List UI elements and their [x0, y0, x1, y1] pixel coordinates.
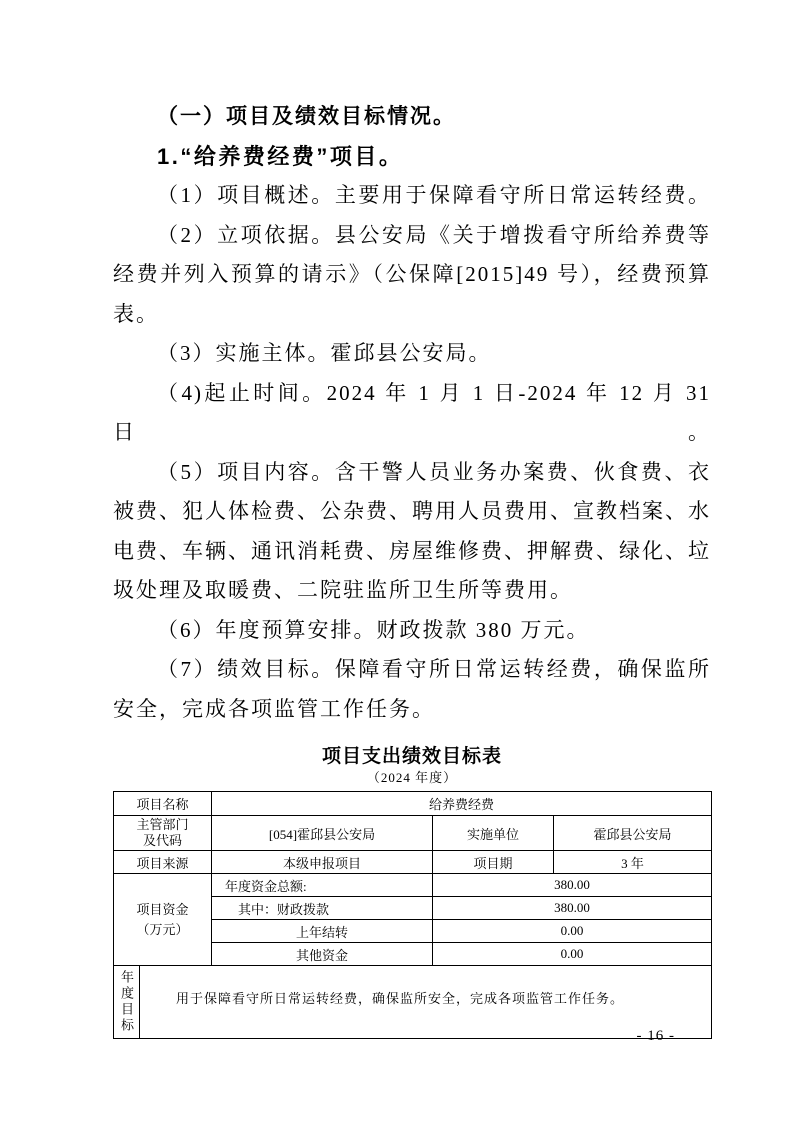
table-row: 项目资金 （万元） 年度资金总额: 380.00	[114, 874, 712, 897]
paragraph-implementing-body: （3）实施主体。霍邱县公安局。	[113, 334, 711, 374]
annual-goal-table: 年度目标 用于保障看守所日常运转经费，确保监所安全，完成各项监管工作任务。	[113, 965, 712, 1039]
document-content: （一）项目及绩效目标情况。 1.“给养费经费”项目。 （1）项目概述。主要用于保…	[113, 97, 711, 1039]
paragraph-time-range: （4)起止时间。2024 年 1 月 1 日-2024 年 12 月 31 日。	[113, 374, 711, 453]
cell-fund-fiscal-value: 380.00	[433, 897, 712, 920]
cell-dept-value: [054]霍邱县公安局	[212, 816, 433, 851]
paragraph-project-overview: （1）项目概述。主要用于保障看守所日常运转经费。	[113, 176, 711, 216]
table-row: 项目来源 本级申报项目 项目期 3 年	[114, 851, 712, 874]
cell-project-name-value: 给养费经费	[212, 792, 712, 816]
table-row: 主管部门 及代码 [054]霍邱县公安局 实施单位 霍邱县公安局	[114, 816, 712, 851]
table-row: 项目名称 给养费经费	[114, 792, 712, 816]
paragraph-annual-budget: （6）年度预算安排。财政拨款 380 万元。	[113, 611, 711, 651]
cell-fund-carryover-label: 上年结转	[212, 920, 433, 943]
cell-fund-total-label: 年度资金总额:	[212, 874, 433, 897]
table-row: 年度目标 用于保障看守所日常运转经费，确保监所安全，完成各项监管工作任务。	[114, 966, 712, 1039]
cell-fund-total-value: 380.00	[433, 874, 712, 897]
cell-impl-unit-value: 霍邱县公安局	[554, 816, 712, 851]
cell-period-label: 项目期	[433, 851, 554, 874]
project-performance-table: 项目名称 给养费经费 主管部门 及代码 [054]霍邱县公安局 实施单位 霍邱县…	[113, 791, 712, 966]
paragraph-project-content: （5）项目内容。含干警人员业务办案费、伙食费、衣被费、犯人体检费、公杂费、聘用人…	[113, 453, 711, 611]
cell-annual-goal-label: 年度目标	[114, 966, 140, 1039]
cell-dept-label: 主管部门 及代码	[114, 816, 212, 851]
cell-annual-goal-value: 用于保障看守所日常运转经费，确保监所安全，完成各项监管工作任务。	[140, 966, 712, 1039]
section-heading: （一）项目及绩效目标情况。	[113, 97, 711, 137]
cell-project-name-label: 项目名称	[114, 792, 212, 816]
cell-funds-label: 项目资金 （万元）	[114, 874, 212, 966]
cell-fund-other-label: 其他资金	[212, 943, 433, 966]
cell-fund-other-value: 0.00	[433, 943, 712, 966]
table-title: 项目支出绩效目标表	[113, 745, 711, 769]
paragraph-performance-goal: （7）绩效目标。保障看守所日常运转经费，确保监所安全，完成各项监管工作任务。	[113, 650, 711, 729]
cell-fund-carryover-value: 0.00	[433, 920, 712, 943]
cell-source-value: 本级申报项目	[212, 851, 433, 874]
project-heading: 1.“给养费经费”项目。	[113, 137, 711, 177]
cell-fund-fiscal-label: 其中：财政拨款	[212, 897, 433, 920]
cell-period-value: 3 年	[554, 851, 712, 874]
table-subtitle: （2024 年度）	[113, 769, 711, 786]
paragraph-project-basis: （2）立项依据。县公安局《关于增拨看守所给养费等经费并列入预算的请示》（公保障[…	[113, 216, 711, 335]
page-number: - 16 -	[637, 1028, 676, 1045]
cell-source-label: 项目来源	[114, 851, 212, 874]
document-page: （一）项目及绩效目标情况。 1.“给养费经费”项目。 （1）项目概述。主要用于保…	[0, 0, 793, 1122]
cell-impl-unit-label: 实施单位	[433, 816, 554, 851]
